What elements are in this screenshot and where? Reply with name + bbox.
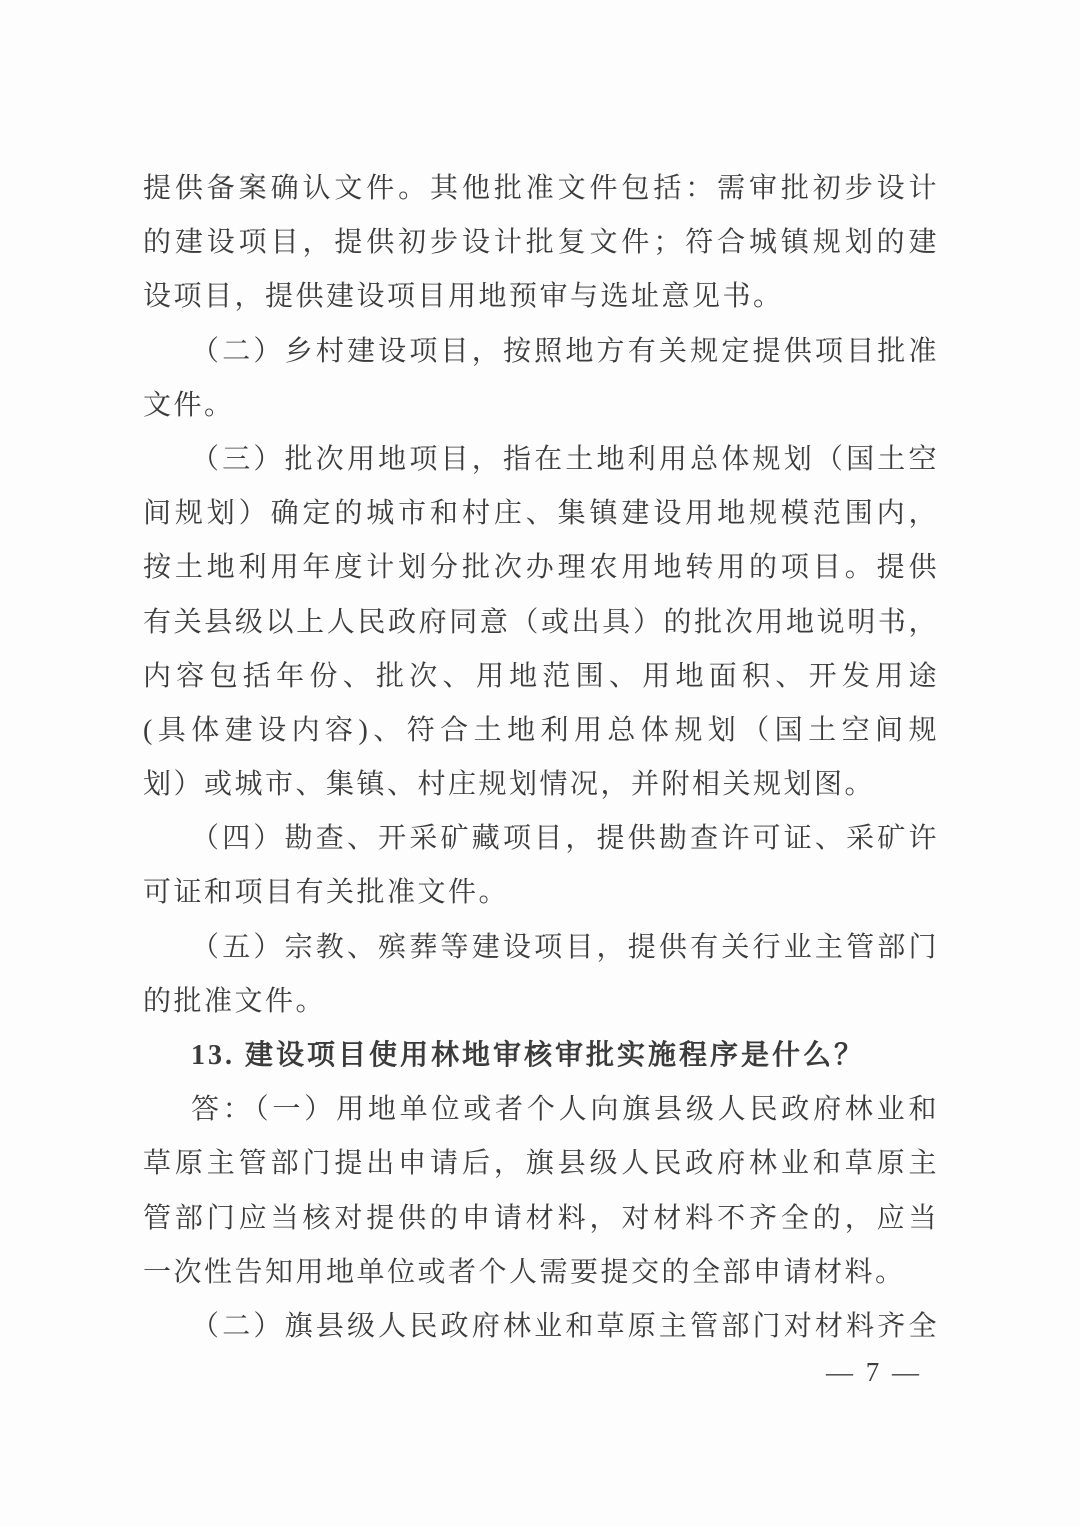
text-line: （三）批次用地项目，指在土地利用总体规划（国土空 [143, 433, 939, 487]
text-line: （五）宗教、殡葬等建设项目，提供有关行业主管部门 [143, 921, 939, 975]
text-line: 的批准文件。 [143, 975, 939, 1029]
text-line: 一次性告知用地单位或者个人需要提交的全部申请材料。 [143, 1246, 939, 1300]
text-line: （四）勘查、开采矿藏项目，提供勘查许可证、采矿许 [143, 812, 939, 866]
text-line: 的建设项目，提供初步设计批复文件；符合城镇规划的建 [143, 216, 939, 270]
text-line: 提供备案确认文件。其他批准文件包括：需审批初步设计 [143, 162, 939, 216]
text-line: 草原主管部门提出申请后，旗县级人民政府林业和草原主 [143, 1137, 939, 1191]
text-line: （二）旗县级人民政府林业和草原主管部门对材料齐全 [143, 1300, 939, 1354]
text-line: （二）乡村建设项目，按照地方有关规定提供项目批准 [143, 325, 939, 379]
text-line: 内容包括年份、批次、用地范围、用地面积、开发用途 [143, 650, 939, 704]
document-page: 提供备案确认文件。其他批准文件包括：需审批初步设计 的建设项目，提供初步设计批复… [0, 0, 1080, 1527]
text-line: 设项目，提供建设项目用地预审与选址意见书。 [143, 270, 939, 324]
text-line: (具体建设内容)、符合土地利用总体规划（国土空间规 [143, 704, 939, 758]
text-line: 有关县级以上人民政府同意（或出具）的批次用地说明书， [143, 596, 939, 650]
text-line: 按土地利用年度计划分批次办理农用地转用的项目。提供 [143, 541, 939, 595]
text-line: 管部门应当核对提供的申请材料，对材料不齐全的，应当 [143, 1192, 939, 1246]
text-line: 划）或城市、集镇、村庄规划情况，并附相关规划图。 [143, 758, 939, 812]
question-13-heading: 13. 建设项目使用林地审核审批实施程序是什么？ [143, 1029, 939, 1083]
text-line: 答：（一）用地单位或者个人向旗县级人民政府林业和 [143, 1083, 939, 1137]
text-line: 可证和项目有关批准文件。 [143, 866, 939, 920]
page-number: — 7 — [818, 1352, 930, 1392]
text-line: 间规划）确定的城市和村庄、集镇建设用地规模范围内， [143, 487, 939, 541]
document-text-block: 提供备案确认文件。其他批准文件包括：需审批初步设计 的建设项目，提供初步设计批复… [143, 162, 939, 1354]
text-line: 文件。 [143, 379, 939, 433]
